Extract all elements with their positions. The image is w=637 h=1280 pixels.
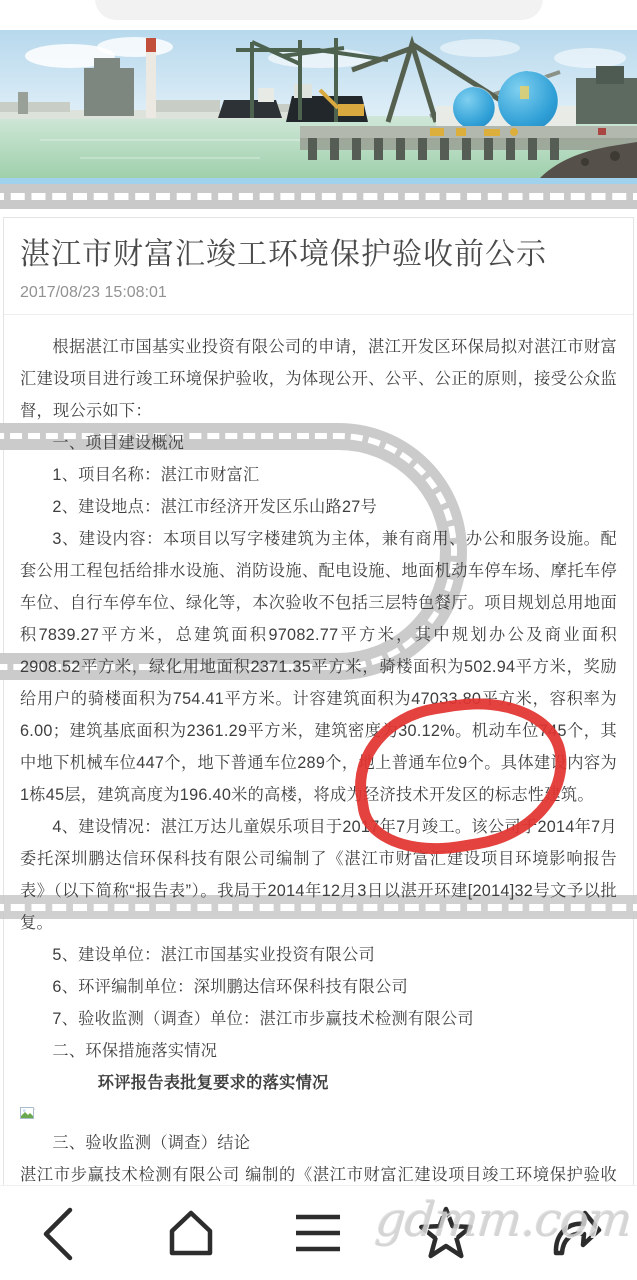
article-content: 湛江市财富汇竣工环境保护验收前公示 2017/08/23 15:08:01 根据… [4,234,633,1223]
article-paragraph: 根据湛江市国基实业投资有限公司的申请，湛江开发区环保局拟对湛江市财富汇建设项目进… [20,331,617,427]
harbor-photo-illustration [0,30,637,178]
article-paragraph: 1、项目名称：湛江市财富汇 [20,459,617,491]
article-paragraph: 3、建设内容：本项目以写字楼建筑为主体，兼有商用、办公和服务设施。配套公用工程包… [20,523,617,811]
article-paragraph: 2、建设地点：湛江市经济开发区乐山路27号 [20,491,617,523]
bookmark-button[interactable] [401,1198,491,1268]
article-paragraph: 5、建设单位：湛江市国基实业投资有限公司 [20,939,617,971]
address-bar-pill[interactable] [95,0,543,20]
article-body: 根据湛江市国基实业投资有限公司的申请，湛江开发区环保局拟对湛江市财富汇建设项目进… [20,331,617,1223]
header-divider [4,314,633,315]
spacer [0,209,637,217]
article-paragraph: 环评报告表批复要求的落实情况 [20,1067,617,1099]
share-icon [541,1201,605,1265]
article-paragraph: 二、环保措施落实情况 [20,1035,617,1067]
article-paragraph: 6、环评编制单位：深圳鹏达信环保科技有限公司 [20,971,617,1003]
publish-date: 2017/08/23 15:08:01 [20,284,617,302]
header-photo [0,30,637,178]
share-button[interactable] [528,1198,618,1268]
back-icon [32,1201,96,1265]
menu-button[interactable] [273,1198,363,1268]
back-button[interactable] [19,1198,109,1268]
inline-image-row [20,1099,617,1127]
home-button[interactable] [146,1198,236,1268]
menu-icon [286,1201,350,1265]
browser-top-bar [0,0,637,30]
home-icon [159,1201,223,1265]
browser-bottom-navbar [0,1185,637,1280]
article-paragraph: 4、建设情况：湛江万达儿童娱乐项目于2017年7月竣工。该公司于2014年7月委… [20,811,617,939]
road-watermark-top-band [0,184,637,209]
article-paragraph: 三、验收监测（调查）结论 [20,1127,617,1159]
article-paragraph: 7、验收监测（调查）单位：湛江市步赢技术检测有限公司 [20,1003,617,1035]
page-title: 湛江市财富汇竣工环境保护验收前公示 [20,234,617,276]
star-icon [414,1201,478,1265]
article-paragraph: 一、项目建设概况 [20,427,617,459]
article-card: 湛江市财富汇竣工环境保护验收前公示 2017/08/23 15:08:01 根据… [3,217,634,1280]
broken-image-icon [20,1106,36,1121]
